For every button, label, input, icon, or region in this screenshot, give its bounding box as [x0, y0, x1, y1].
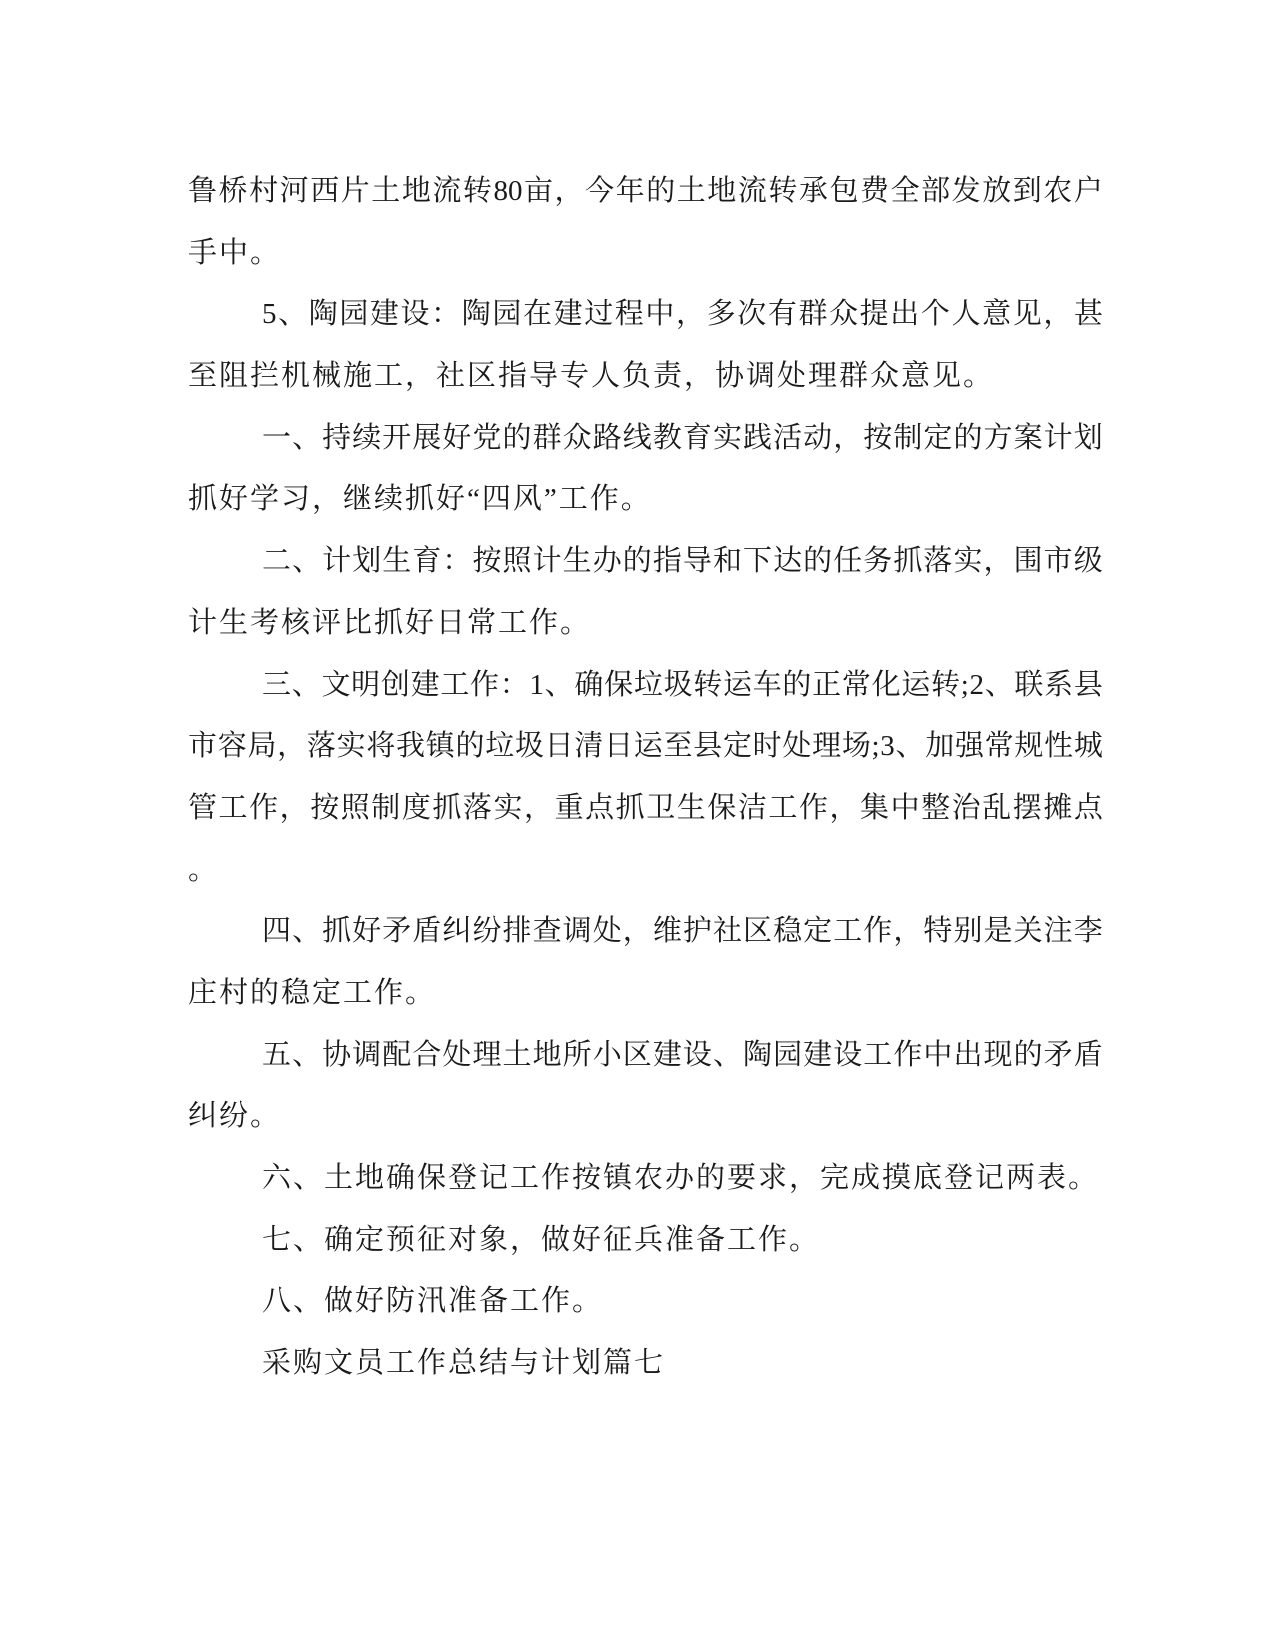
text-line: 抓好学习，继续抓好“四风”工作。 — [188, 469, 1103, 531]
text-line: 5、陶园建设：陶园在建过程中，多次有群众提出个人意见，甚 — [188, 284, 1103, 346]
text-line: 市容局，落实将我镇的垃圾日清日运至县定时处理场;3、加强常规性城 — [188, 716, 1103, 778]
text-line: 三、文明创建工作：1、确保垃圾转运车的正常化运转;2、联系县 — [188, 655, 1103, 717]
text-line: 二、计划生育：按照计生办的指导和下达的任务抓落实，围市级 — [188, 531, 1103, 593]
text-line: 鲁桥村河西片土地流转80亩，今年的土地流转承包费全部发放到农户 — [188, 161, 1103, 223]
text-line: 六、土地确保登记工作按镇农办的要求，完成摸底登记两表。 — [188, 1148, 1103, 1210]
text-line: 庄村的稳定工作。 — [188, 963, 1103, 1025]
text-line: 手中。 — [188, 223, 1103, 285]
text-line: 八、做好防汛准备工作。 — [188, 1271, 1103, 1333]
text-line: 一、持续开展好党的群众路线教育实践活动，按制定的方案计划 — [188, 408, 1103, 470]
text-line: 四、抓好矛盾纠纷排查调处，维护社区稳定工作，特别是关注李 — [188, 901, 1103, 963]
text-line: 采购文员工作总结与计划篇七 — [188, 1333, 1103, 1395]
text-line: 纠纷。 — [188, 1086, 1103, 1148]
text-line: 五、协调配合处理土地所小区建设、陶园建设工作中出现的矛盾 — [188, 1025, 1103, 1087]
text-line: 计生考核评比抓好日常工作。 — [188, 593, 1103, 655]
text-line: 七、确定预征对象，做好征兵准备工作。 — [188, 1210, 1103, 1272]
text-line: 至阻拦机械施工，社区指导专人负责，协调处理群众意见。 — [188, 346, 1103, 408]
text-line: 。 — [188, 840, 1103, 902]
document-page: 鲁桥村河西片土地流转80亩，今年的土地流转承包费全部发放到农户 手中。 5、陶园… — [188, 161, 1103, 1395]
text-line: 管工作，按照制度抓落实，重点抓卫生保洁工作，集中整治乱摆摊点 — [188, 778, 1103, 840]
